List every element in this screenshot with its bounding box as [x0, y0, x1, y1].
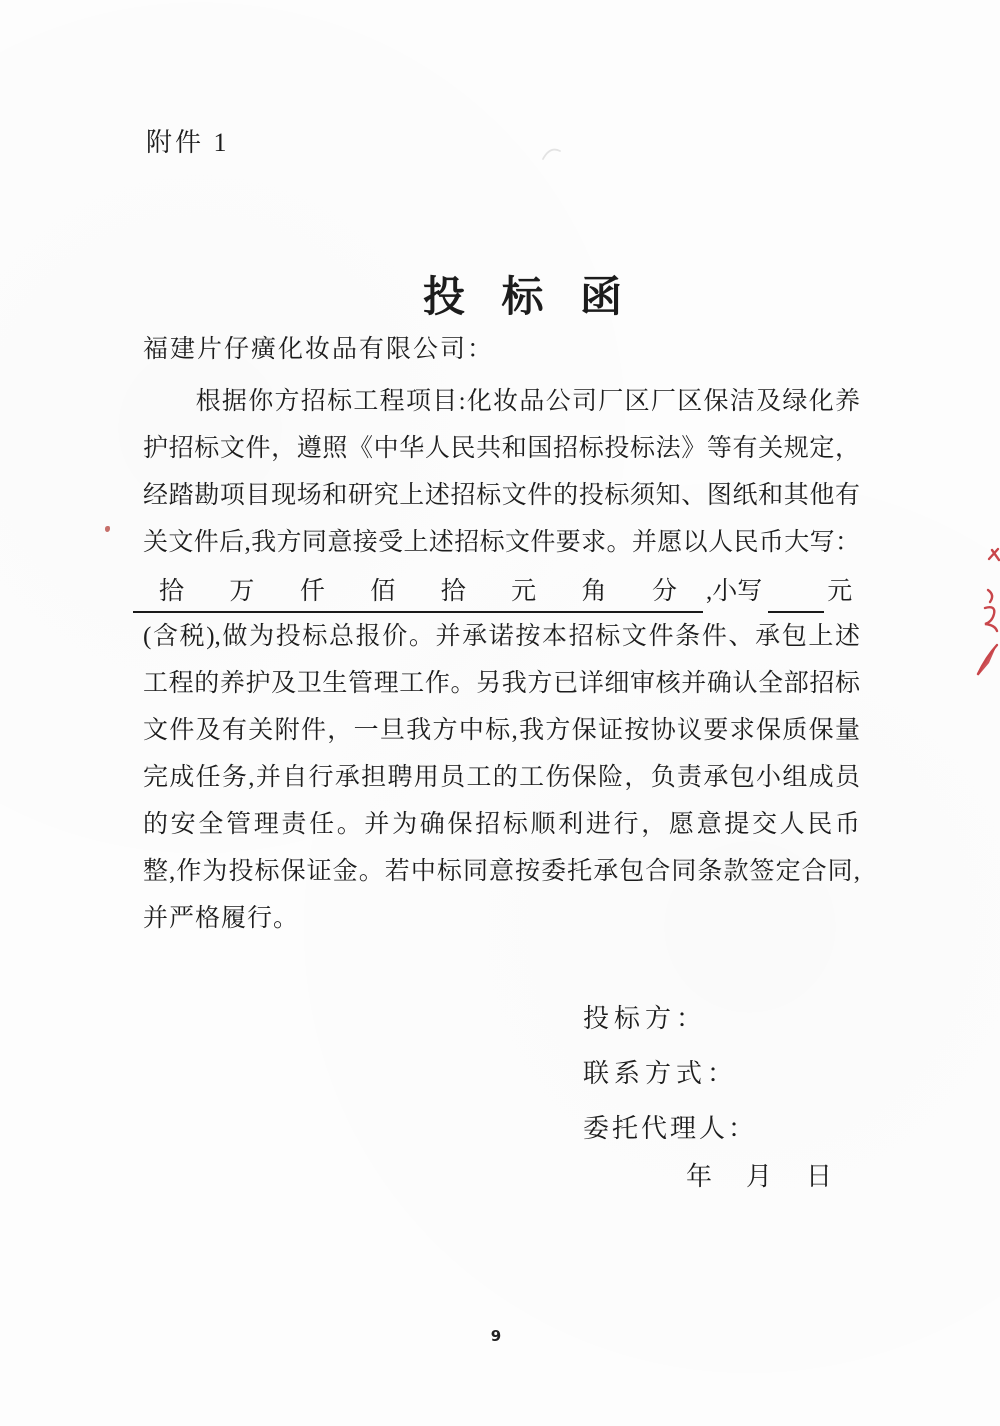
- body-line: 经踏勘项目现场和研究上述招标文件的投标须知、图纸和其他有: [143, 472, 860, 519]
- body-line: 完成任务,并自行承担聘用员工的工伤保险，负责承包小组成员: [143, 754, 860, 801]
- red-ink-speck: [105, 526, 110, 532]
- amount-capital-blank-underline: 拾 万 仟 佰 拾 元 角 分: [133, 572, 703, 613]
- body-line: 文件及有关附件，一旦我方中标,我方保证按协议要求保质保量: [143, 707, 860, 754]
- pencil-smudge-mark: [540, 141, 566, 170]
- body-line: 工程的养护及卫生管理工作。另我方已详细审核并确认全部招标: [143, 660, 860, 707]
- body-line: 的安全管理责任。并为确保招标顺利进行，愿意提交人民币: [143, 801, 860, 848]
- red-stamp-edge-marks: [972, 545, 1000, 690]
- attachment-label: 附件 1: [146, 122, 230, 159]
- body-line: 关文件后,我方同意接受上述招标文件要求。并愿以人民币大写：: [143, 519, 860, 566]
- signature-contact-label: 联系方式：: [583, 1053, 738, 1090]
- page-number: 9: [0, 1327, 992, 1345]
- letter-body: 根据你方招标工程项目:化妆品公司厂区厂区保洁及绿化养 护招标文件，遵照《中华人民…: [143, 378, 860, 942]
- body-line: 整,作为投标保证金。若中标同意按委托承包合同条款签定合同,: [143, 848, 860, 895]
- signature-agent-label: 委托代理人：: [583, 1108, 757, 1145]
- amount-small-blank-underline: [768, 570, 824, 613]
- body-line: (含税),做为投标总报价。并承诺按本招标文件条件、承包上述: [143, 613, 860, 660]
- amount-small-label: ,小写: [703, 572, 768, 613]
- body-line: 护招标文件，遵照《中华人民共和国招标投标法》等有关规定，: [143, 425, 860, 472]
- body-line: 根据你方招标工程项目:化妆品公司厂区厂区保洁及绿化养: [143, 378, 860, 425]
- signature-bidder-label: 投标方：: [583, 998, 707, 1035]
- scanned-document-page: 附件 1 投 标 函 福建片仔癀化妆品有限公司： 根据你方招标工程项目:化妆品公…: [0, 0, 1000, 1426]
- bid-amount-line: 拾 万 仟 佰 拾 元 角 分,小写元: [143, 566, 860, 613]
- amount-yuan-suffix: 元: [824, 572, 852, 613]
- body-line: 并严格履行。: [143, 895, 860, 942]
- salutation-line: 福建片仔癀化妆品有限公司：: [143, 329, 494, 365]
- document-title: 投 标 函: [0, 264, 1000, 324]
- signature-date-line: 年 月 日: [686, 1156, 836, 1193]
